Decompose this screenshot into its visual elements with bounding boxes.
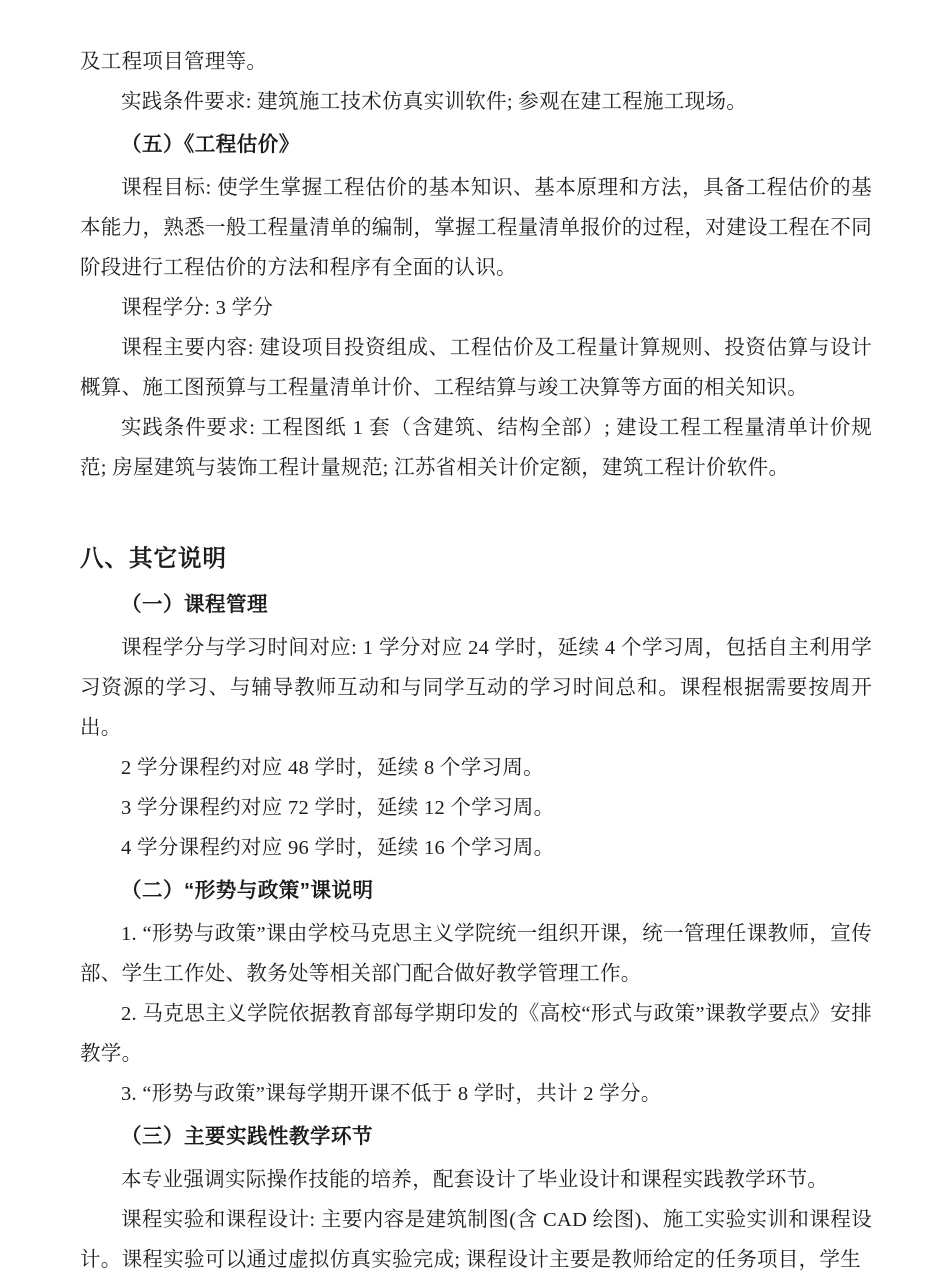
paragraph-continuation-project-management: 及工程项目管理等。: [80, 42, 872, 82]
subheading-2-situation-policy-course: （二）“形势与政策”课说明: [80, 871, 872, 911]
subheading-1-course-management: （一）课程管理: [80, 585, 872, 625]
subheading-course-5-engineering-estimation: （五）《工程估价》: [80, 125, 872, 165]
paragraph-policy-course-item-2: 2. 马克思主义学院依据教育部每学期印发的《高校“形式与政策”课教学要点》安排教…: [80, 994, 872, 1074]
subheading-3-practical-teaching: （三）主要实践性教学环节: [80, 1117, 872, 1157]
paragraph-practical-skills-emphasis: 本专业强调实际操作技能的培养，配套设计了毕业设计和课程实践教学环节。: [80, 1160, 872, 1200]
paragraph-practice-requirements-construction: 实践条件要求: 建筑施工技术仿真实训软件; 参观在建工程施工现场。: [80, 82, 872, 122]
paragraph-3-credit-hours: 3 学分课程约对应 72 学时，延续 12 个学习周。: [80, 788, 872, 828]
paragraph-2-credit-hours: 2 学分课程约对应 48 学时，延续 8 个学习周。: [80, 748, 872, 788]
document-content: 及工程项目管理等。 实践条件要求: 建筑施工技术仿真实训软件; 参观在建工程施工…: [0, 0, 940, 1279]
paragraph-policy-course-item-1: 1. “形势与政策”课由学校马克思主义学院统一组织开课，统一管理任课教师，宣传部…: [80, 914, 872, 994]
paragraph-course-credits: 课程学分: 3 学分: [80, 288, 872, 328]
paragraph-practice-requirements-estimation: 实践条件要求: 工程图纸 1 套（含建筑、结构全部）; 建设工程工程量清单计价规…: [80, 408, 872, 488]
paragraph-credit-hours-mapping: 课程学分与学习时间对应: 1 学分对应 24 学时，延续 4 个学习周，包括自主…: [80, 628, 872, 748]
paragraph-course-main-content: 课程主要内容: 建设项目投资组成、工程估价及工程量计算规则、投资估算与设计概算、…: [80, 328, 872, 408]
section-heading-other-notes: 八、其它说明: [80, 538, 872, 578]
paragraph-policy-course-item-3: 3. “形势与政策”课每学期开课不低于 8 学时，共计 2 学分。: [80, 1074, 872, 1114]
document-page: 及工程项目管理等。 实践条件要求: 建筑施工技术仿真实训软件; 参观在建工程施工…: [0, 0, 940, 1279]
paragraph-4-credit-hours: 4 学分课程约对应 96 学时，延续 16 个学习周。: [80, 828, 872, 868]
paragraph-course-experiment-design: 课程实验和课程设计: 主要内容是建筑制图(含 CAD 绘图)、施工实验实训和课程…: [80, 1200, 872, 1279]
paragraph-course-objectives: 课程目标: 使学生掌握工程估价的基本知识、基本原理和方法，具备工程估价的基本能力…: [80, 168, 872, 288]
